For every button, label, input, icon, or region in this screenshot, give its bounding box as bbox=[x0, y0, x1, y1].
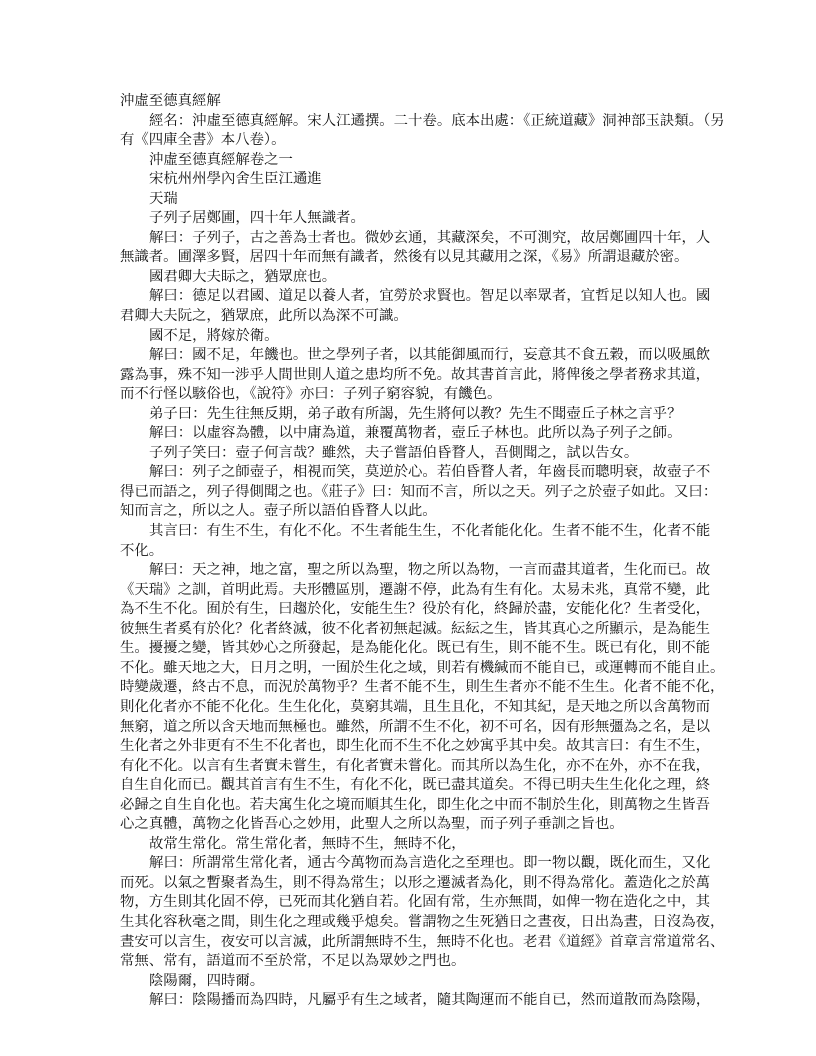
text-line-commentary: 《天瑞》之訓，首明此焉。夫形體區別，遷謝不停，此為有生有化。太易未兆，真常不變，… bbox=[120, 581, 710, 601]
text-line-scripture: 弟子曰：先生往無反期，弟子敢有所謁，先生將何以教？先生不聞壺丘子林之言乎？ bbox=[120, 405, 710, 425]
text-line-commentary: 解曰：子列子，古之善為士者也。微妙玄通，其藏深矣，不可測究，故居鄭圃四十年，人 bbox=[120, 229, 710, 249]
document-page: 沖虛至德真經解經名：沖虛至德真經解。宋人江遹撰。二十卷。底本出處：《正統道藏》洞… bbox=[120, 92, 710, 1011]
text-line-commentary: 不化。雖天地之大，日月之明，一囿於生化之域，則若有機緘而不能自已，或運轉而不能自… bbox=[120, 659, 710, 679]
text-line-scripture: 陰陽爾，四時爾。 bbox=[120, 972, 710, 992]
text-line-scripture: 不化。 bbox=[120, 542, 710, 562]
text-line-doc-title: 沖虛至德真經解 bbox=[120, 92, 710, 112]
text-line-commentary: 彼無生者奚有於化？化者終滅，彼不化者初無起滅。紜紜之生，皆其真心之所顯示，是為能… bbox=[120, 620, 710, 640]
text-line-commentary: 生其化容秋毫之間，則生化之理或幾乎熄矣。嘗謂物之生死猶日之晝夜，日出為晝，日沒為… bbox=[120, 913, 710, 933]
text-line-metadata: 有《四庫全書》本八卷）。 bbox=[120, 131, 710, 151]
text-line-commentary: 心之真體，萬物之化皆吾心之妙用，此聖人之所以為聖，而子列子垂訓之旨也。 bbox=[120, 815, 710, 835]
text-line-scripture: 子列子居鄭圃，四十年人無識者。 bbox=[120, 209, 710, 229]
text-line-commentary: 為不生不化。囿於有生，曰趨於化，安能生生？役於有化，終歸於盡，安能化化？生者受化… bbox=[120, 600, 710, 620]
text-line-commentary: 而不行怪以駭俗也，《說符》亦曰：子列子窮容貌，有饑色。 bbox=[120, 385, 710, 405]
text-line-commentary: 而死。以氣之暫聚者為生，則不得為常生；以形之遷滅者為化，則不得為常化。蓋造化之於… bbox=[120, 874, 710, 894]
text-line-scripture: 子列子笑曰：壺子何言哉？雖然，夫子嘗語伯昏瞀人，吾側聞之，試以告女。 bbox=[120, 444, 710, 464]
text-line-scripture: 故常生常化。常生常化者，無時不生，無時不化， bbox=[120, 835, 710, 855]
text-line-commentary: 解曰：以虛容為體，以中庸為道，兼覆萬物者，壺丘子林也。此所以為子列子之師。 bbox=[120, 424, 710, 444]
text-line-commentary: 解曰：所謂常生常化者，通古今萬物而為言造化之至理也。即一物以觀，既化而生，又化 bbox=[120, 854, 710, 874]
text-line-chapter-title: 天瑞 bbox=[120, 190, 710, 210]
text-line-commentary: 君卿大夫阮之，猶眾庶，此所以為深不可識。 bbox=[120, 307, 710, 327]
text-line-volume-title: 沖虛至德真經解卷之一 bbox=[120, 151, 710, 171]
text-line-commentary: 生化者之外非更有不生不化者也，即生化而不生不化之妙寓乎其中矣。故其言曰：有生不生… bbox=[120, 737, 710, 757]
text-line-commentary: 解曰：國不足，年饑也。世之學列子者，以其能御風而行，妄意其不食五穀，而以吸風飲 bbox=[120, 346, 710, 366]
text-line-commentary: 解曰：列子之師壺子，相視而笑，莫逆於心。若伯昏瞀人者，年齒長而聰明衰，故壺子不 bbox=[120, 463, 710, 483]
text-line-scripture: 國君卿大夫眎之，猶眾庶也。 bbox=[120, 268, 710, 288]
text-line-commentary: 時變歲遷，終古不息，而況於萬物乎？生者不能不生，則生生者亦不能不生生。化者不能不… bbox=[120, 678, 710, 698]
text-line-commentary: 生。擾擾之變，皆其妙心之所發起，是為能化化。既已有生，則不能不生。既已有化，則不… bbox=[120, 639, 710, 659]
text-line-commentary: 解曰：德足以君國、道足以養人者，宜勞於求賢也。智足以率眾者，宜哲足以知人也。國 bbox=[120, 287, 710, 307]
text-line-commentary: 解曰：陰陽播而為四時，凡屬乎有生之域者，隨其陶運而不能自已，然而道散而為陰陽， bbox=[120, 991, 710, 1011]
text-line-commentary: 必歸之自生自化也。若夫寓生化之境而順其生化，即生化之中而不制於生化，則萬物之生皆… bbox=[120, 796, 710, 816]
text-line-commentary: 有化不化。以言有生者實未嘗生，有化者實未嘗化。而其所以為生化，亦不在外，亦不在我… bbox=[120, 757, 710, 777]
text-line-author-line: 宋杭州州學內舍生臣江遹進 bbox=[120, 170, 710, 190]
text-line-commentary: 露為事，殊不知一涉乎人間世則人道之患均所不免。故其書首言此，將俾後之學者務求其道… bbox=[120, 366, 710, 386]
text-line-commentary: 知而言之，所以之人。壺子所以語伯昏瞀人以此。 bbox=[120, 502, 710, 522]
text-line-scripture: 國不足，將嫁於衛。 bbox=[120, 327, 710, 347]
text-line-scripture: 其言曰：有生不生，有化不化。不生者能生生，不化者能化化。生者不能不生，化者不能 bbox=[120, 522, 710, 542]
text-line-commentary: 常無、常有，語道而不至於常，不足以為眾妙之門也。 bbox=[120, 952, 710, 972]
text-line-commentary: 得已而語之，列子得側聞之也。《莊子》曰：知而不言，所以之天。列子之於壺子如此。又… bbox=[120, 483, 710, 503]
text-line-commentary: 晝安可以言生，夜安可以言滅，此所謂無時不生，無時不化也。老君《道經》首章言常道常… bbox=[120, 933, 710, 953]
text-line-metadata: 經名：沖虛至德真經解。宋人江遹撰。二十卷。底本出處：《正統道藏》洞神部玉訣類。（… bbox=[120, 112, 710, 132]
text-line-commentary: 物，方生則其化固不停，已死而其化猶自若。化固有常，生亦無間，如俾一物在造化之中，… bbox=[120, 893, 710, 913]
text-line-commentary: 無窮，道之所以含天地而無極也。雖然，所謂不生不化，初不可名，因有形無彊為之名，是… bbox=[120, 718, 710, 738]
text-line-commentary: 無識者。圃澤多賢，居四十年而無有識者，然後有以見其藏用之深，《易》所謂退藏於密。 bbox=[120, 248, 710, 268]
text-line-commentary: 自生自化而已。觀其首言有生不生，有化不化，既已盡其道矣。不得已明夫生生化化之理，… bbox=[120, 776, 710, 796]
text-line-commentary: 解曰：天之神，地之富，聖之所以為聖，物之所以為物，一言而盡其道者，生化而已。故 bbox=[120, 561, 710, 581]
text-line-commentary: 則化化者亦不能不化化。生生化化，莫窮其端，且生且化，不知其紀，是天地之所以含萬物… bbox=[120, 698, 710, 718]
